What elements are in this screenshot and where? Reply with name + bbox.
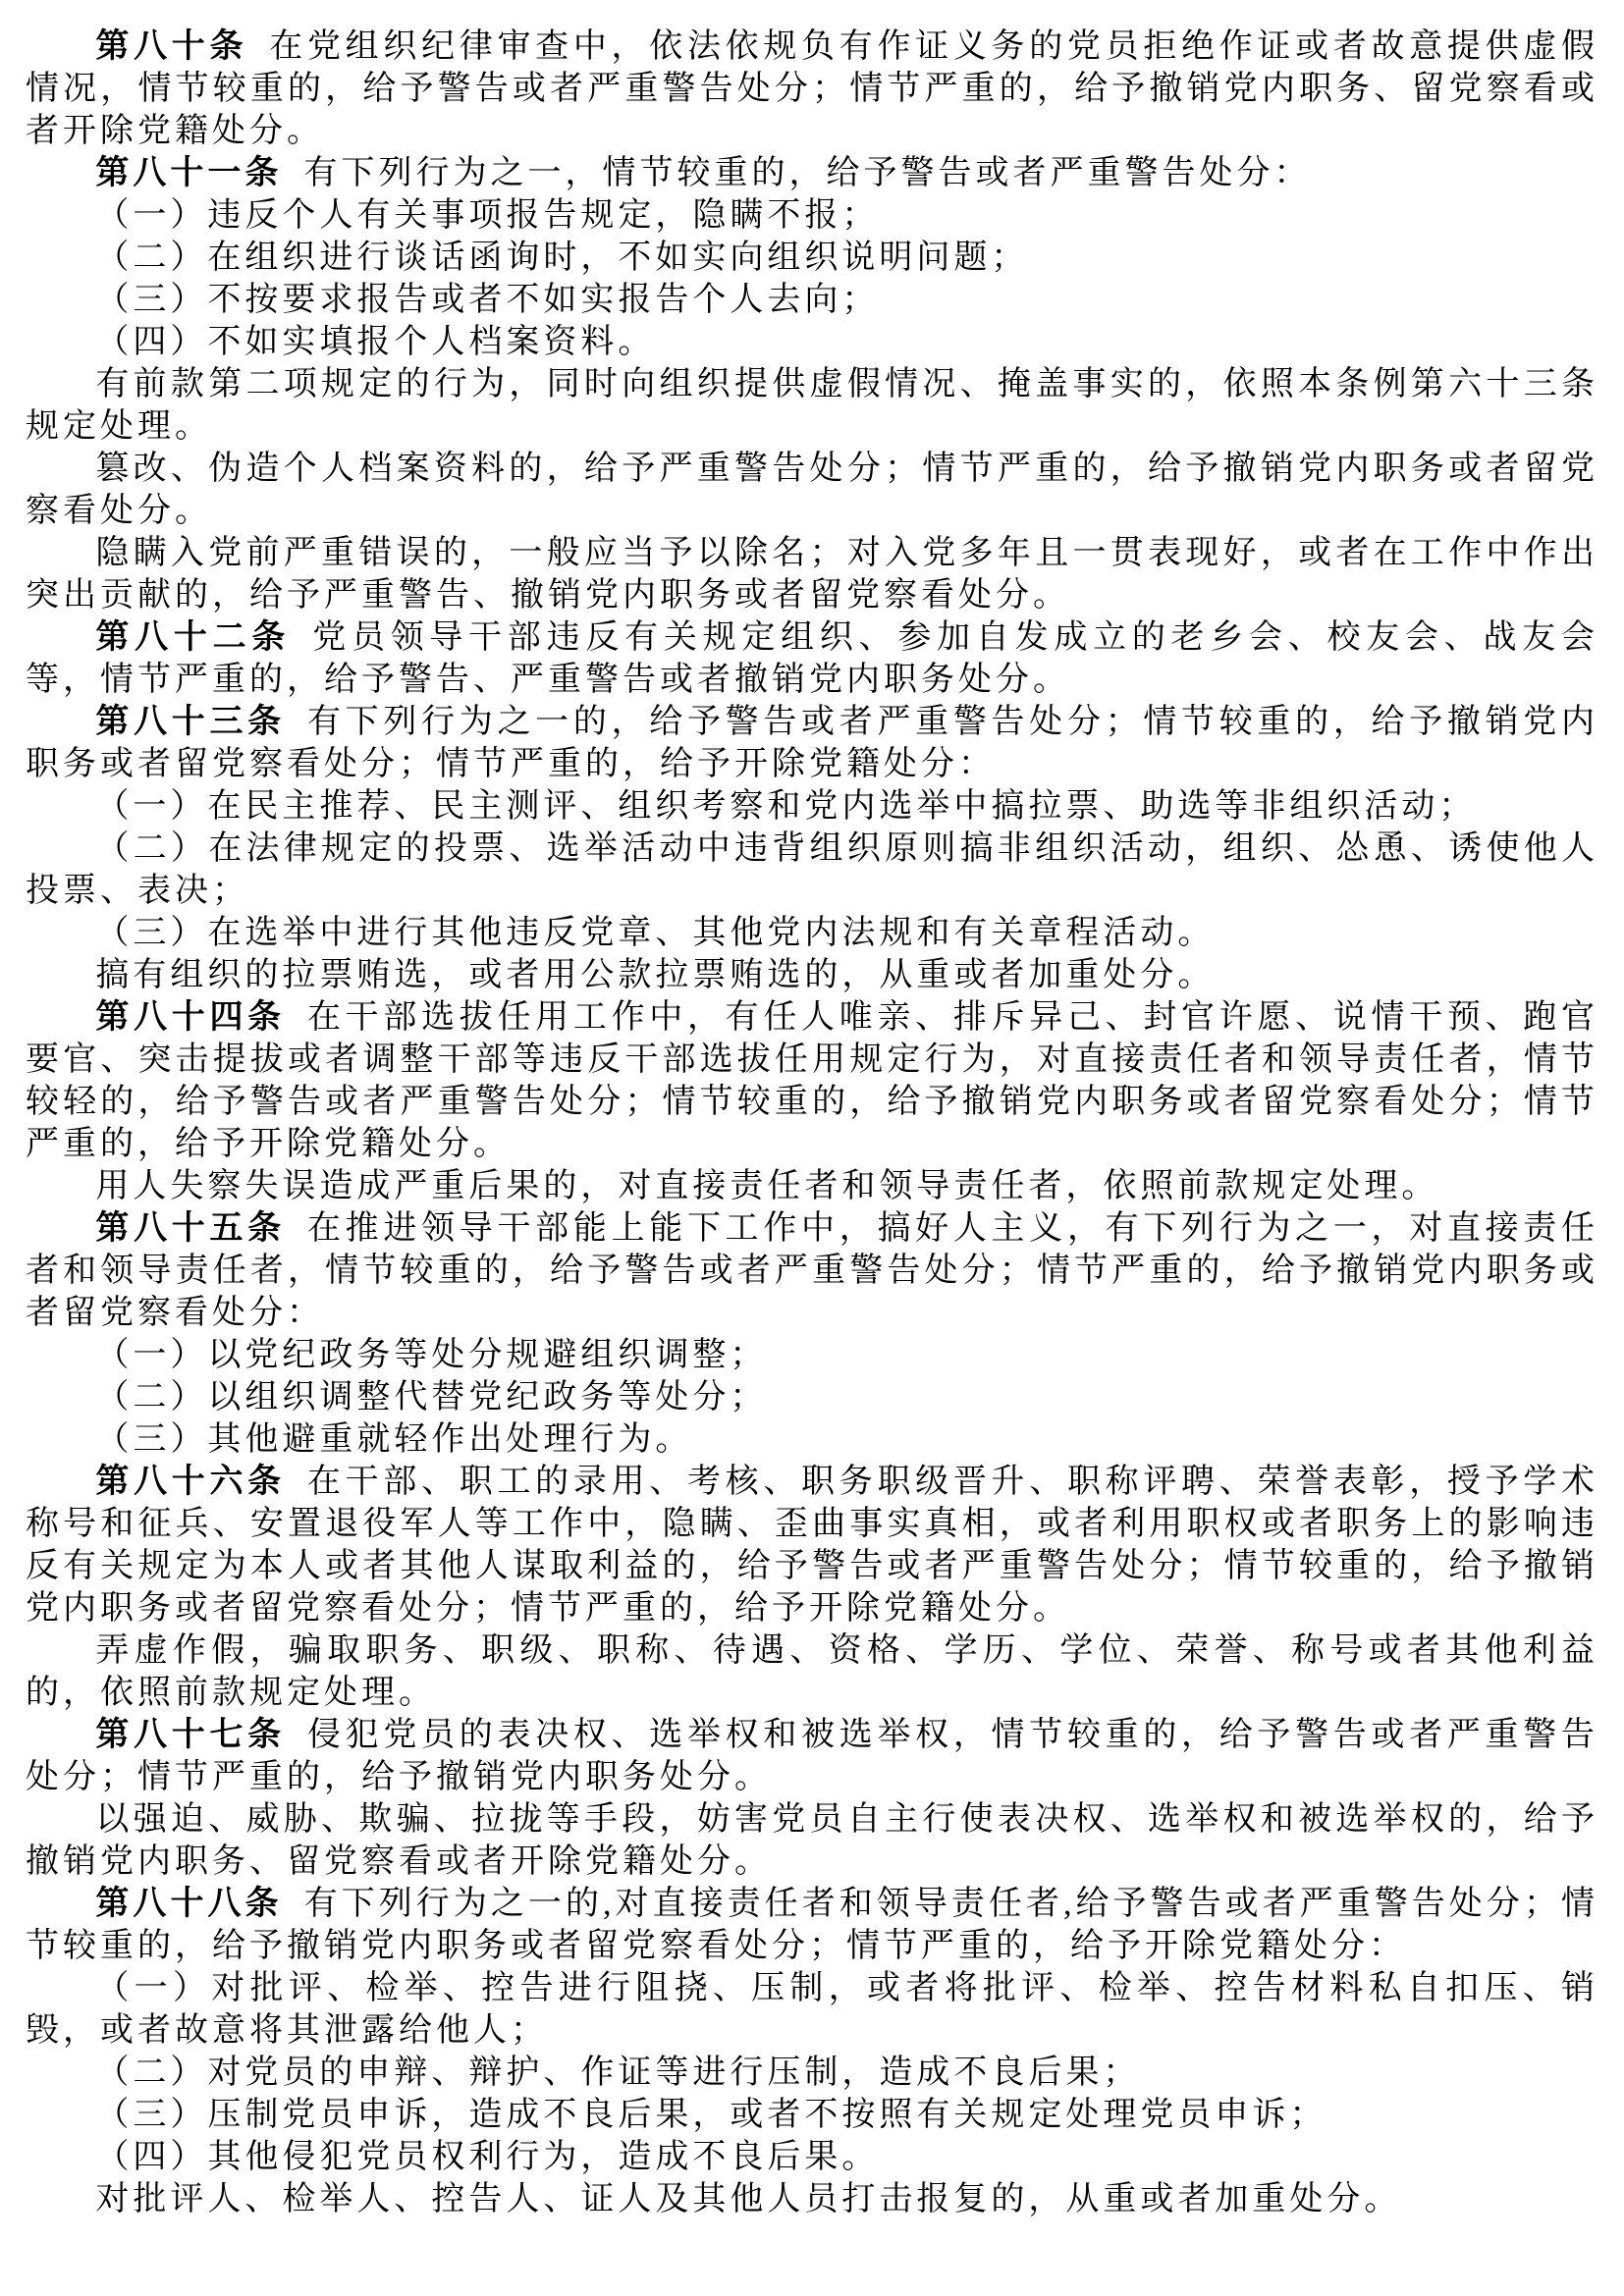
article-paragraph: 第八十六条在干部、职工的录用、考核、职务职级晋升、职称评聘、荣誉表彰，授予学术称… xyxy=(26,1461,1598,1629)
paragraph: （二）在法律规定的投票、选举活动中违背组织原则搞非组织活动，组织、怂恿、诱使他人… xyxy=(26,828,1598,912)
paragraph-text: 隐瞒入党前严重错误的，一般应当予以除名；对入党多年且一贯表现好，或者在工作中作出… xyxy=(26,535,1598,614)
article-paragraph: 第八十二条党员领导干部违反有关规定组织、参加自发成立的老乡会、校友会、战友会等，… xyxy=(26,616,1598,701)
article-paragraph: 第八十八条有下列行为之一的,对直接责任者和领导责任者,给予警告或者严重警告处分；… xyxy=(26,1883,1598,1967)
paragraph-text: （三）压制党员申诉，造成不良后果，或者不按照有关规定处理党员申诉； xyxy=(95,2097,1326,2133)
paragraph-text: （二）在组织进行谈话函询时，不如实向组织说明问题； xyxy=(95,240,1028,276)
document-body: 第八十条在党组织纪律审查中，依法依规负有作证义务的党员拒绝作证或者故意提供虚假情… xyxy=(26,26,1598,2220)
paragraph-text: （一）在民主推荐、民主测评、组织考察和党内选举中搞拉票、助选等非组织活动； xyxy=(95,788,1476,825)
paragraph: （三）压制党员申诉，造成不良后果，或者不按照有关规定处理党员申诉； xyxy=(26,2094,1598,2136)
paragraph: （一）对批评、检举、控告进行阻挠、压制，或者将批评、检举、控告材料私自扣压、销毁… xyxy=(26,1967,1598,2052)
document-page: 第八十条在党组织纪律审查中，依法依规负有作证义务的党员拒绝作证或者故意提供虚假情… xyxy=(0,0,1624,2296)
paragraph: （三）其他避重就轻作出处理行为。 xyxy=(26,1418,1598,1461)
paragraph-text: 篡改、伪造个人档案资料的，给予严重警告处分；情节严重的，给予撤销党内职务或者留党… xyxy=(26,451,1598,529)
article-paragraph: 第八十一条有下列行为之一，情节较重的，给予警告或者严重警告处分： xyxy=(26,152,1598,194)
paragraph: 篡改、伪造个人档案资料的，给予严重警告处分；情节严重的，给予撤销党内职务或者留党… xyxy=(26,448,1598,532)
paragraph-text: （一）以党纪政务等处分规避组织调整； xyxy=(95,1337,767,1373)
article-number: 第八十八条 xyxy=(95,1886,303,1922)
paragraph-text: （四）其他侵犯党员权利行为，造成不良后果。 xyxy=(95,2139,879,2175)
paragraph-text: （二）在法律规定的投票、选举活动中违背组织原则搞非组织活动，组织、怂恿、诱使他人… xyxy=(26,830,1598,909)
paragraph-text: 搞有组织的拉票贿选，或者用公款拉票贿选的，从重或者加重处分。 xyxy=(95,957,1215,993)
paragraph: （三）在选举中进行其他违反党章、其他党内法规和有关章程活动。 xyxy=(26,912,1598,954)
paragraph: （二）以组织调整代替党纪政务等处分； xyxy=(26,1376,1598,1418)
article-number: 第八十条 xyxy=(95,28,269,65)
article-paragraph: 第八十条在党组织纪律审查中，依法依规负有作证义务的党员拒绝作证或者故意提供虚假情… xyxy=(26,26,1598,152)
paragraph-text: 弄虚作假，骗取职务、职级、职称、待遇、资格、学历、学位、荣誉、称号或者其他利益的… xyxy=(26,1632,1598,1711)
paragraph-text: （三）其他避重就轻作出处理行为。 xyxy=(95,1421,692,1458)
paragraph-text: 有前款第二项规定的行为，同时向组织提供虚假情况、掩盖事实的，依照本条例第六十三条… xyxy=(26,366,1598,445)
article-paragraph: 第八十四条在干部选拔任用工作中，有任人唯亲、排斥异己、封官许愿、说情干预、跑官要… xyxy=(26,996,1598,1165)
article-number: 第八十六条 xyxy=(95,1464,307,1500)
paragraph: （三）不按要求报告或者不如实报告个人去向； xyxy=(26,279,1598,321)
paragraph: （二）在组织进行谈话函询时，不如实向组织说明问题； xyxy=(26,237,1598,279)
paragraph-text: 有下列行为之一，情节较重的，给予警告或者严重警告处分： xyxy=(303,155,1311,191)
paragraph-text: （二）对党员的申辩、辩护、作证等进行压制，造成不良后果； xyxy=(95,2055,1140,2091)
paragraph-text: （三）在选举中进行其他违反党章、其他党内法规和有关章程活动。 xyxy=(95,915,1215,951)
article-number: 第八十三条 xyxy=(95,704,307,740)
paragraph: 弄虚作假，骗取职务、职级、职称、待遇、资格、学历、学位、荣誉、称号或者其他利益的… xyxy=(26,1629,1598,1714)
paragraph: （四）不如实填报个人档案资料。 xyxy=(26,321,1598,363)
article-number: 第八十四条 xyxy=(95,999,307,1036)
paragraph-text: （四）不如实填报个人档案资料。 xyxy=(95,324,655,360)
paragraph-text: （一）对批评、检举、控告进行阻挠、压制，或者将批评、检举、控告材料私自扣压、销毁… xyxy=(26,1970,1598,2049)
paragraph: 有前款第二项规定的行为，同时向组织提供虚假情况、掩盖事实的，依照本条例第六十三条… xyxy=(26,363,1598,448)
article-number: 第八十七条 xyxy=(95,1717,307,1753)
article-paragraph: 第八十七条侵犯党员的表决权、选举权和被选举权，情节较重的，给予警告或者严重警告处… xyxy=(26,1714,1598,1798)
article-paragraph: 第八十三条有下列行为之一的，给予警告或者严重警告处分；情节较重的，给予撤销党内职… xyxy=(26,701,1598,785)
article-number: 第八十五条 xyxy=(95,1210,307,1247)
paragraph: 隐瞒入党前严重错误的，一般应当予以除名；对入党多年且一贯表现好，或者在工作中作出… xyxy=(26,532,1598,616)
paragraph: （四）其他侵犯党员权利行为，造成不良后果。 xyxy=(26,2136,1598,2178)
paragraph: 以强迫、威胁、欺骗、拉拢等手段，妨害党员自主行使表决权、选举权和被选举权的，给予… xyxy=(26,1798,1598,1883)
paragraph-text: 对批评人、检举人、控告人、证人及其他人员打击报复的，从重或者加重处分。 xyxy=(95,2181,1401,2217)
paragraph-text: （二）以组织调整代替党纪政务等处分； xyxy=(95,1379,767,1415)
paragraph: （一）以党纪政务等处分规避组织调整； xyxy=(26,1334,1598,1376)
paragraph-text: 以强迫、威胁、欺骗、拉拢等手段，妨害党员自主行使表决权、选举权和被选举权的，给予… xyxy=(26,1801,1598,1880)
paragraph-text: 用人失察失误造成严重后果的，对直接责任者和领导责任者，依照前款规定处理。 xyxy=(95,1168,1438,1204)
paragraph: （一）违反个人有关事项报告规定，隐瞒不报； xyxy=(26,194,1598,237)
article-number: 第八十二条 xyxy=(95,619,312,656)
paragraph: 搞有组织的拉票贿选，或者用公款拉票贿选的，从重或者加重处分。 xyxy=(26,954,1598,996)
paragraph: （二）对党员的申辩、辩护、作证等进行压制，造成不良后果； xyxy=(26,2052,1598,2094)
paragraph-text: （三）不按要求报告或者不如实报告个人去向； xyxy=(95,282,879,318)
paragraph-text: （一）违反个人有关事项报告规定，隐瞒不报； xyxy=(95,197,879,234)
paragraph: 对批评人、检举人、控告人、证人及其他人员打击报复的，从重或者加重处分。 xyxy=(26,2178,1598,2220)
article-number: 第八十一条 xyxy=(95,155,303,191)
paragraph: （一）在民主推荐、民主测评、组织考察和党内选举中搞拉票、助选等非组织活动； xyxy=(26,785,1598,828)
paragraph: 用人失察失误造成严重后果的，对直接责任者和领导责任者，依照前款规定处理。 xyxy=(26,1165,1598,1207)
article-paragraph: 第八十五条在推进领导干部能上能下工作中，搞好人主义，有下列行为之一，对直接责任者… xyxy=(26,1207,1598,1334)
